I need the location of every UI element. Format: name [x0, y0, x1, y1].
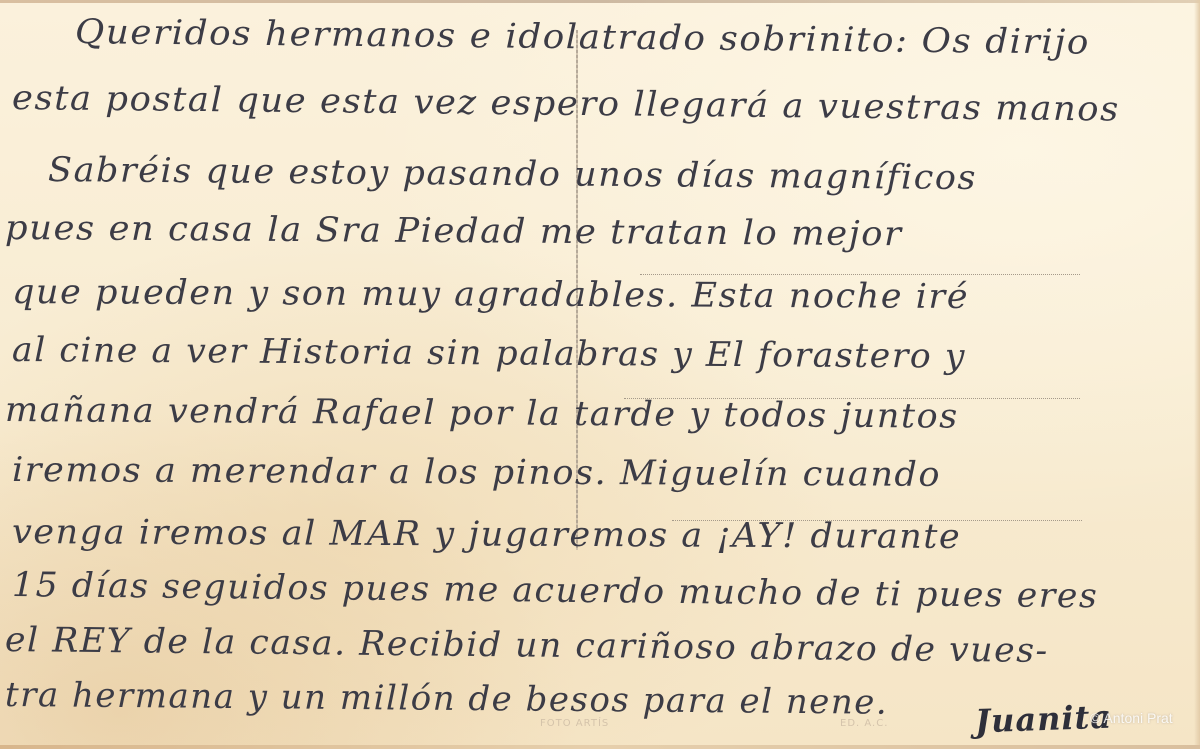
letter-line-6: al cine a ver Historia sin palabras y El…	[12, 330, 966, 377]
letter-line-3: Sabréis que estoy pasando unos días magn…	[48, 150, 977, 198]
letter-line-9: venga iremos al MAR y jugaremos a ¡AY! d…	[12, 512, 961, 557]
letter-line-8: iremos a merendar a los pinos. Miguelín …	[12, 450, 941, 495]
letter-line-11: el REY de la casa. Recibid un cariñoso a…	[5, 620, 1049, 671]
letter-line-10: 15 días seguidos pues me acuerdo mucho d…	[12, 565, 1099, 616]
postcard-back: FOTO ARTÍS ED. A.C. Queridos hermanos e …	[0, 0, 1200, 749]
letter-line-1: Queridos hermanos e idolatrado sobrinito…	[75, 12, 1090, 63]
letter-line-2: esta postal que esta vez espero llegará …	[12, 78, 1120, 130]
copyright-watermark: © Antoni Prat	[1090, 710, 1173, 726]
letter-line-5: que pueden y son muy agradables. Esta no…	[12, 272, 969, 317]
handwritten-letter: Queridos hermanos e idolatrado sobrinito…	[0, 0, 1200, 749]
letter-line-12: tra hermana y un millón de besos para el…	[5, 675, 889, 723]
letter-line-4: pues en casa la Sra Piedad me tratan lo …	[5, 208, 903, 254]
letter-line-7: mañana vendrá Rafael por la tarde y todo…	[5, 390, 959, 437]
